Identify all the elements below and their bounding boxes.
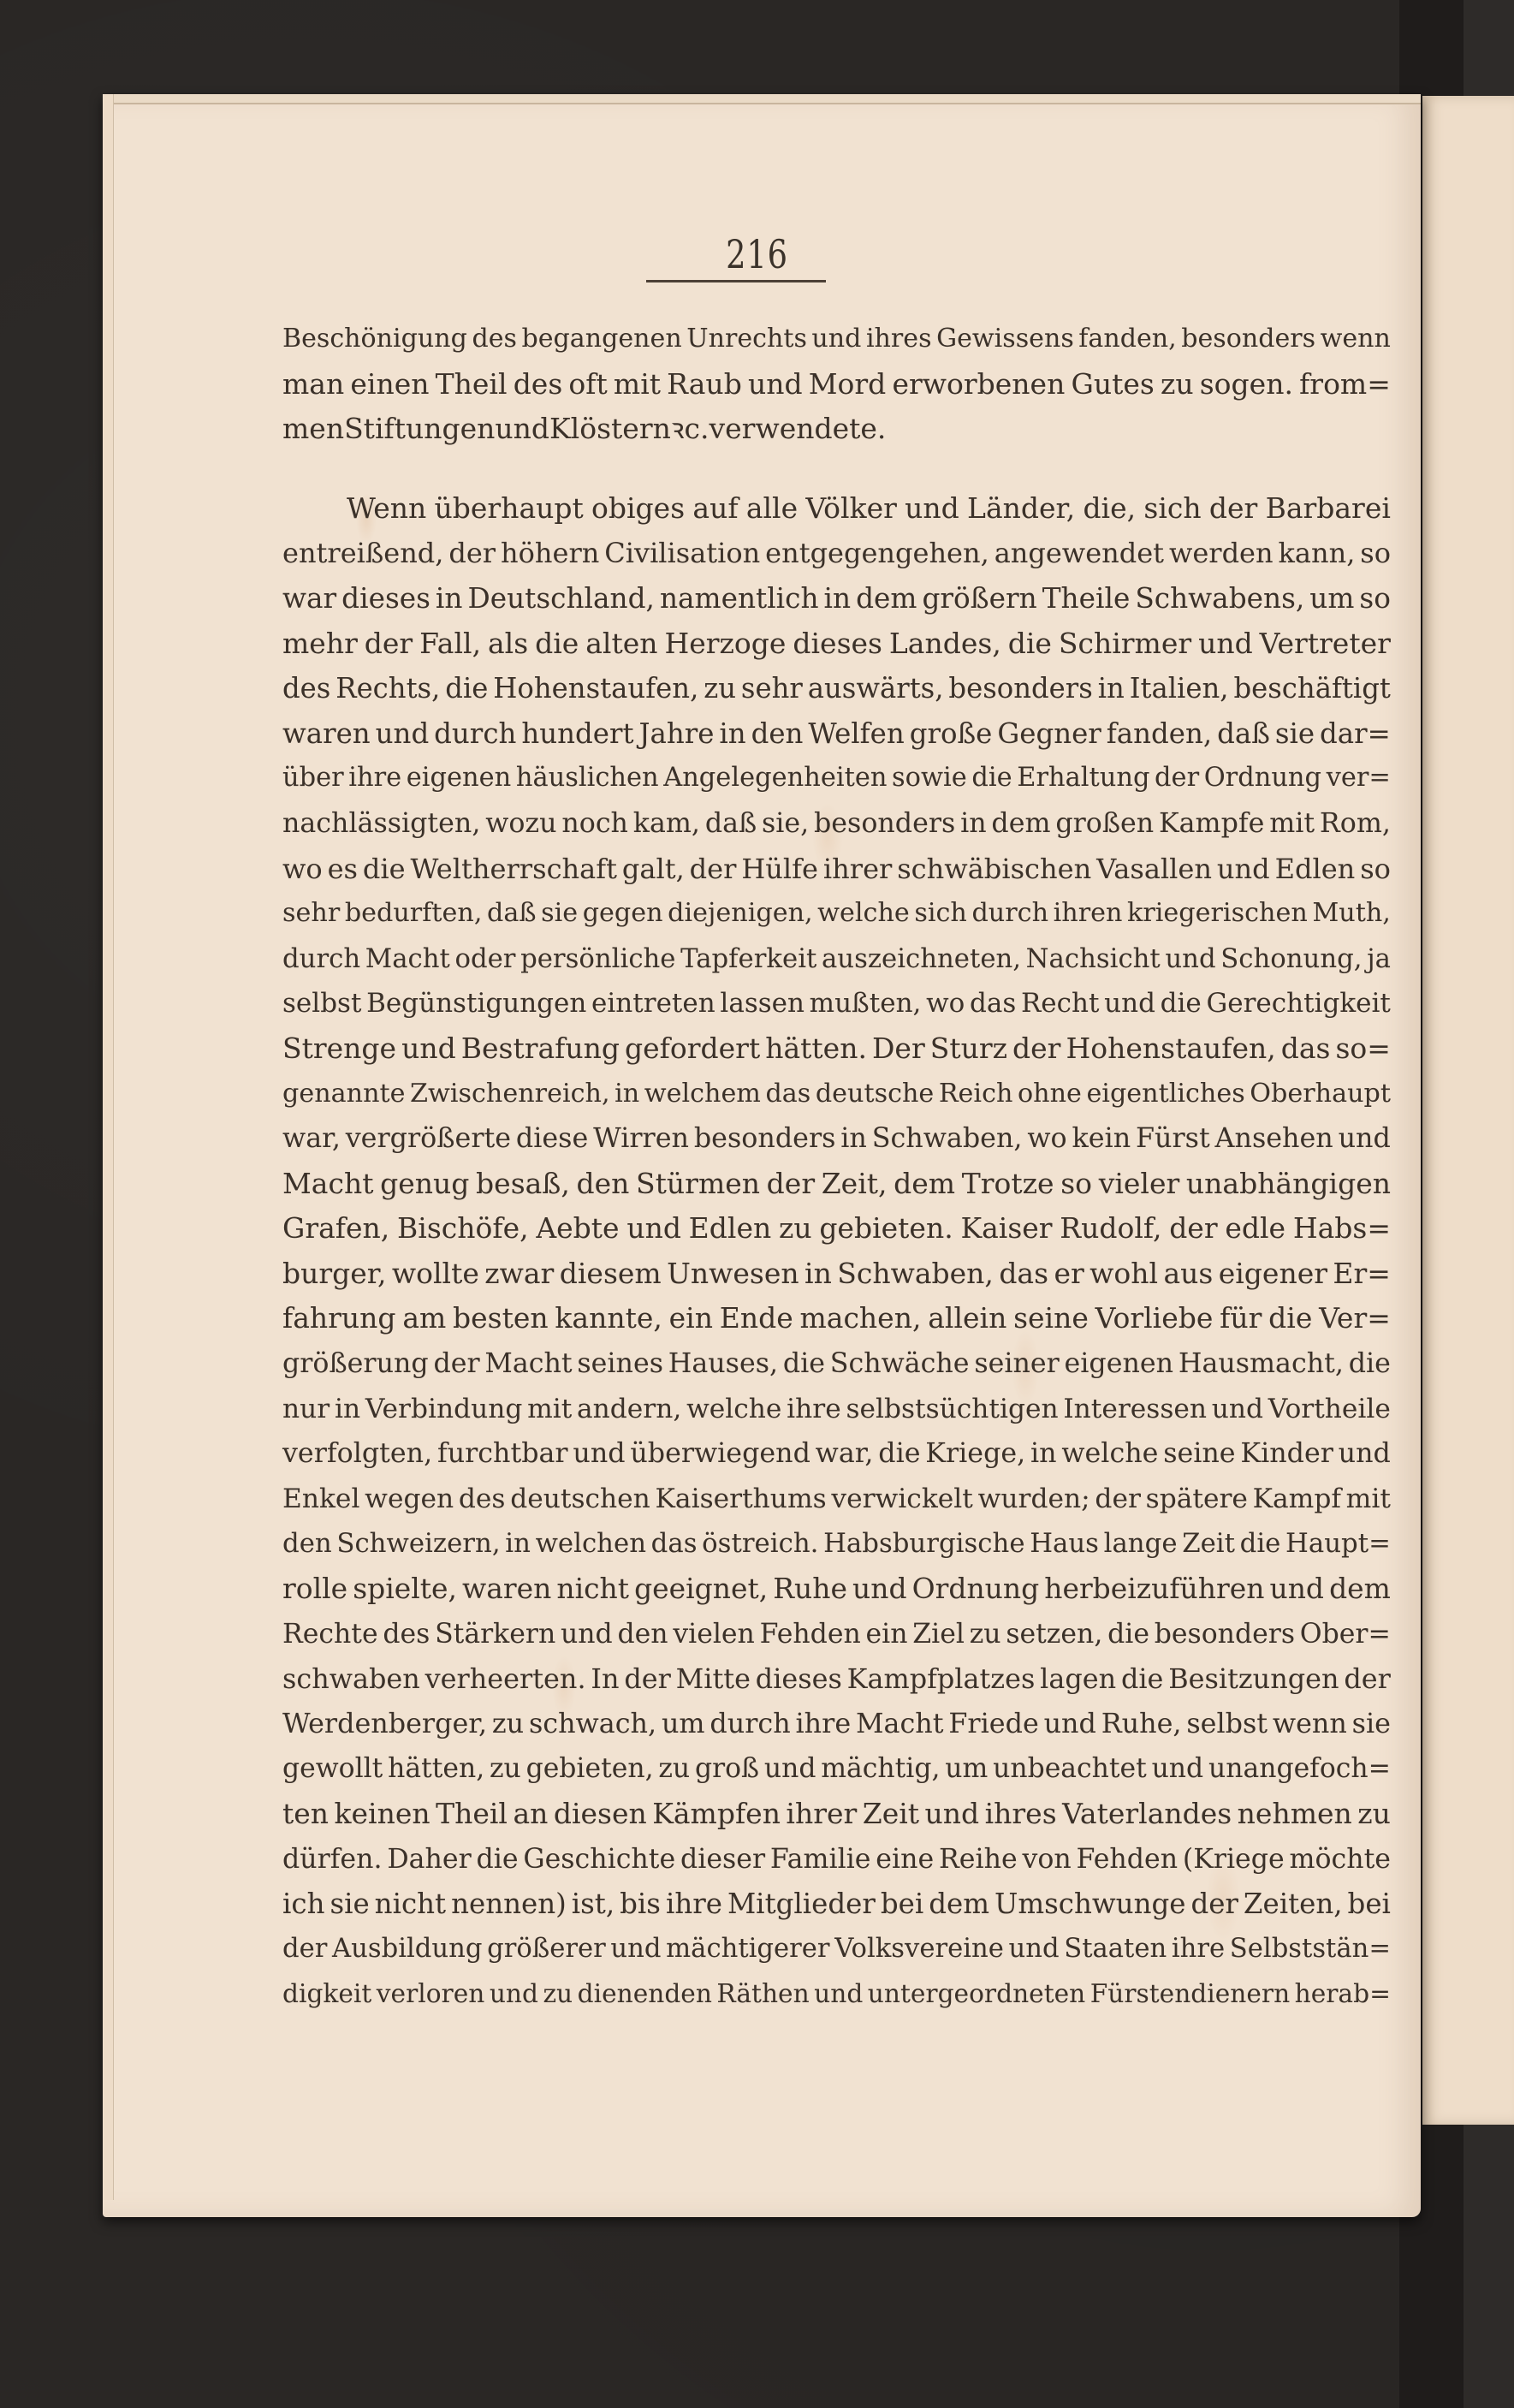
- page-left-edge: [103, 94, 114, 2200]
- word: ja: [1367, 936, 1391, 982]
- text-line: warenunddurchhundertJahreindenWelfengroß…: [282, 711, 1391, 757]
- word: ihre: [787, 1387, 841, 1432]
- word: kam,: [633, 801, 700, 847]
- word: Rom,: [1320, 801, 1391, 847]
- word: selbstsüchtigen: [846, 1387, 1058, 1432]
- word: der: [1190, 1882, 1238, 1927]
- word: ein: [866, 1612, 908, 1657]
- word: Zwischenreich,: [410, 1072, 610, 1117]
- word: begangenen: [521, 317, 681, 362]
- word: durch: [710, 1702, 790, 1747]
- word: auswärts,: [808, 666, 944, 711]
- word: sowie: [892, 756, 967, 801]
- word: die: [1240, 1521, 1281, 1567]
- word: Selbststän=: [1230, 1927, 1391, 1972]
- word: Daher: [387, 1837, 471, 1882]
- word: der: [1209, 486, 1257, 532]
- word: sogen.: [1200, 362, 1293, 407]
- word: kann,: [1279, 531, 1356, 576]
- word: das: [999, 1252, 1048, 1297]
- word: zwar: [484, 1252, 554, 1297]
- word: alten: [585, 621, 657, 667]
- word: untergeordneten: [868, 1971, 1085, 2017]
- word: Gewissens: [936, 317, 1074, 362]
- word: fahrung: [282, 1296, 396, 1341]
- word: Volksvereine: [834, 1927, 1004, 1972]
- word: so=: [1335, 1026, 1390, 1072]
- word: bei: [881, 1882, 923, 1927]
- word: Macht: [484, 1341, 572, 1387]
- word: waren: [282, 711, 371, 757]
- word: diesem: [560, 1252, 662, 1297]
- word: rolle: [282, 1567, 347, 1612]
- word: Interessen: [1063, 1387, 1207, 1432]
- text-line: burger,wolltezwardiesemUnweseninSchwaben…: [282, 1252, 1391, 1297]
- word: und: [1217, 847, 1270, 892]
- text-line: durchMachtoderpersönlicheTapferkeitausze…: [282, 936, 1391, 982]
- word: Ruhe: [773, 1567, 847, 1612]
- word: Schweizern,: [336, 1521, 500, 1567]
- word: beschäftigt: [1233, 666, 1390, 711]
- word: des: [472, 317, 517, 362]
- text-line: RechtedesStärkernunddenvielenFehdeneinZi…: [282, 1612, 1391, 1657]
- word: Zeiten,: [1244, 1882, 1343, 1927]
- word: Haus: [1030, 1521, 1099, 1567]
- word: wollte: [392, 1252, 479, 1297]
- word: dieses: [756, 1656, 842, 1702]
- word: größerung: [282, 1341, 429, 1387]
- word: Wenn: [347, 486, 426, 532]
- word: gebieten.: [819, 1206, 953, 1252]
- word: Angelegenheiten: [663, 756, 887, 801]
- word: hundert: [521, 711, 633, 757]
- word: so: [1360, 847, 1391, 892]
- text-line: fahrungambestenkannte,einEndemachen,alle…: [282, 1296, 1391, 1341]
- text-line: men Stiftungen und Klöstern ꝛc. verwende…: [282, 407, 1391, 452]
- word: welchem: [644, 1072, 761, 1117]
- word: eintreten: [591, 981, 715, 1026]
- word: die: [363, 847, 406, 892]
- word: der: [433, 1341, 479, 1387]
- word: Sturz: [930, 1026, 1007, 1072]
- word: Oberhaupt: [1250, 1072, 1391, 1117]
- word: Hülfe: [741, 847, 818, 892]
- text-line: wardiesesinDeutschland,namentlichindemgr…: [282, 576, 1391, 621]
- word: als: [488, 621, 528, 667]
- word: Enkel: [282, 1477, 359, 1522]
- word: gewollt: [282, 1746, 383, 1792]
- word: Ober=: [1300, 1612, 1391, 1657]
- word: wo: [282, 847, 323, 892]
- word: Vortheile: [1268, 1387, 1391, 1432]
- word: Umschwunge: [994, 1882, 1186, 1927]
- paragraph-1: BeschönigungdesbegangenenUnrechtsundihre…: [282, 317, 1391, 452]
- word: Unrechts: [686, 317, 807, 362]
- word: war: [282, 576, 336, 621]
- word: ihres: [985, 1792, 1057, 1837]
- word: ein: [669, 1296, 713, 1341]
- word: genannte: [282, 1072, 406, 1117]
- word: so: [1360, 531, 1391, 576]
- word: häuslichen: [516, 756, 659, 801]
- word: des: [459, 1477, 506, 1522]
- word: mußten,: [810, 981, 922, 1026]
- word: welche: [817, 891, 910, 936]
- word: und: [561, 1612, 613, 1657]
- word: die: [1008, 621, 1052, 667]
- word: überhaupt: [435, 486, 584, 532]
- word: war,: [282, 1116, 341, 1162]
- word: in: [335, 1387, 360, 1432]
- word: unabhängigen: [1186, 1162, 1391, 1207]
- word: wenn: [1321, 317, 1391, 362]
- word: Schonung,: [1220, 936, 1362, 982]
- word: ist,: [572, 1882, 615, 1927]
- word: furchtbar: [437, 1431, 568, 1477]
- word: und: [1044, 1702, 1096, 1747]
- word: vergrößerte: [346, 1116, 511, 1162]
- word: in: [960, 801, 987, 847]
- word: selbst: [1186, 1702, 1268, 1747]
- word: des: [282, 666, 330, 711]
- word: Ver=: [1319, 1296, 1391, 1341]
- word: Mitte: [676, 1656, 751, 1702]
- word: Stiftungen: [344, 407, 495, 452]
- word: noch: [561, 801, 628, 847]
- word: ihren: [1054, 891, 1123, 936]
- text-line: Machtgenugbesaß,denStürmenderZeit,demTro…: [282, 1162, 1391, 1207]
- word: und: [610, 1927, 661, 1972]
- word: eine: [876, 1837, 934, 1882]
- word: und: [573, 1431, 625, 1477]
- word: und: [401, 1026, 456, 1072]
- word: mit: [1269, 801, 1315, 847]
- text-line: genannteZwischenreich,inwelchemdasdeutsc…: [282, 1072, 1391, 1117]
- word: welche: [686, 1387, 781, 1432]
- word: oder: [454, 936, 515, 982]
- word: gebieten,: [526, 1746, 654, 1792]
- word: er: [1054, 1252, 1084, 1297]
- word: genug: [380, 1162, 469, 1207]
- text-line: StrengeundBestrafunggeforderthätten.DerS…: [282, 1026, 1391, 1072]
- text-line: Werdenberger,zuschwach,umdurchihreMachtF…: [282, 1702, 1391, 1747]
- word: dem: [856, 576, 917, 621]
- word: Schirmer: [1059, 621, 1191, 667]
- word: dieses: [341, 576, 430, 621]
- text-line: rollespielte,warennichtgeeignet,RuheundO…: [282, 1567, 1391, 1612]
- word: deutsche: [816, 1072, 934, 1117]
- word: Grafen,: [282, 1206, 389, 1252]
- word: den: [576, 1162, 629, 1207]
- word: erworbenen: [892, 362, 1065, 407]
- word: lagen: [1040, 1656, 1116, 1702]
- word: so: [1060, 1162, 1092, 1207]
- word: dar=: [1320, 711, 1391, 757]
- word: Fürstendienern: [1090, 1971, 1290, 2017]
- word: war,: [816, 1431, 874, 1477]
- word: in: [840, 1116, 867, 1162]
- word: die: [1349, 1341, 1391, 1387]
- word: gegen: [583, 891, 663, 936]
- word: Familie: [770, 1837, 871, 1882]
- word: und: [814, 1971, 863, 2017]
- word: Macht: [856, 1702, 944, 1747]
- word: galt,: [622, 847, 685, 892]
- word: besten: [453, 1296, 549, 1341]
- word: eigentliches: [1086, 1072, 1244, 1117]
- word: dem: [1329, 1567, 1391, 1612]
- word: Schwaben,: [872, 1116, 1023, 1162]
- word: setzen,: [1006, 1612, 1102, 1657]
- word: fanden,: [1107, 711, 1212, 757]
- text-line: woesdieWeltherrschaftgalt,derHülfeihrers…: [282, 847, 1391, 892]
- body-text: BeschönigungdesbegangenenUnrechtsundihre…: [282, 317, 1391, 2017]
- word: sie,: [762, 801, 809, 847]
- word: Italien,: [1130, 666, 1229, 711]
- word: Landes,: [889, 621, 1001, 667]
- word: men: [282, 407, 344, 452]
- word: Friede: [948, 1702, 1038, 1747]
- word: Recht: [1021, 981, 1100, 1026]
- word: und: [1104, 981, 1155, 1026]
- word: Der: [872, 1026, 925, 1072]
- word: nennen): [451, 1882, 567, 1927]
- word: zu: [492, 1702, 524, 1747]
- text-line: maneinenTheildesoftmitRaubundMorderworbe…: [282, 362, 1391, 407]
- word: herbeizuführen: [1044, 1567, 1264, 1612]
- word: durch: [971, 891, 1048, 936]
- word: und: [1339, 1431, 1391, 1477]
- word: großen: [1055, 801, 1154, 847]
- word: der: [1169, 1206, 1217, 1252]
- word: schwaben: [282, 1656, 420, 1702]
- word: vielen: [673, 1612, 755, 1657]
- word: Länder,: [967, 486, 1075, 532]
- text-line: derAusbildunggrößererundmächtigererVolks…: [282, 1927, 1391, 1972]
- word: wo: [1027, 1116, 1066, 1162]
- word: in: [1098, 666, 1125, 711]
- word: Klöstern: [549, 407, 671, 452]
- word: Kampfe: [1159, 801, 1264, 847]
- word: um: [945, 1746, 988, 1792]
- word: Vorliebe: [1095, 1296, 1214, 1341]
- word: Ordnung: [912, 1567, 1040, 1612]
- word: Schwaben,: [837, 1252, 994, 1297]
- word: ihre: [666, 1882, 722, 1927]
- word: lassen: [720, 981, 804, 1026]
- word: Rechte: [282, 1612, 378, 1657]
- word: möchte: [1290, 1837, 1391, 1882]
- word: seine: [1013, 1296, 1089, 1341]
- word: Verbindung: [365, 1387, 523, 1432]
- word: Mord: [809, 362, 887, 407]
- word: die: [878, 1431, 920, 1477]
- word: werden: [1169, 531, 1274, 576]
- word: der: [282, 1927, 327, 1972]
- word: (Kriege: [1183, 1837, 1285, 1882]
- word: Aebte: [536, 1206, 619, 1252]
- word: allein: [928, 1296, 1006, 1341]
- word: zu: [704, 666, 736, 711]
- word: from=: [1299, 362, 1391, 407]
- word: eigener: [1219, 1252, 1327, 1297]
- word: Ordnung: [1204, 756, 1321, 801]
- word: Schwabens,: [1135, 576, 1304, 621]
- word: das: [1281, 1026, 1331, 1072]
- word: um: [662, 1702, 705, 1747]
- word: die: [783, 1341, 825, 1387]
- word: Barbarei: [1266, 486, 1391, 532]
- word: Begünstigungen: [366, 981, 586, 1026]
- word: alle: [746, 486, 798, 532]
- word: mit: [614, 362, 661, 407]
- word: andern,: [577, 1387, 681, 1432]
- word: digkeit: [282, 1971, 371, 2017]
- word: entreißend,: [282, 531, 443, 576]
- word: seine: [1163, 1431, 1235, 1477]
- word: nehmen: [1238, 1792, 1352, 1837]
- word: ohne: [1018, 1072, 1082, 1117]
- text-line: größerungderMachtseinesHauses,dieSchwäch…: [282, 1341, 1391, 1387]
- word: wegen: [365, 1477, 454, 1522]
- word: der: [767, 1162, 815, 1207]
- word: namentlich: [660, 576, 819, 621]
- word: und: [490, 1971, 538, 2017]
- word: die: [1161, 981, 1202, 1026]
- word: in: [615, 1072, 639, 1117]
- word: zu: [543, 1971, 573, 2017]
- word: sehr: [282, 891, 340, 936]
- word: Wirren: [593, 1116, 689, 1162]
- paragraph-2: WennüberhauptobigesaufalleVölkerundLände…: [282, 486, 1391, 2017]
- word: verfolgten,: [282, 1431, 432, 1477]
- word: die,: [1083, 486, 1136, 532]
- text-line: BeschönigungdesbegangenenUnrechtsundihre…: [282, 317, 1391, 362]
- word: spätere: [1146, 1477, 1248, 1522]
- word: edle: [1225, 1206, 1285, 1252]
- word: dieser: [680, 1837, 765, 1882]
- word: verwendete.: [710, 407, 887, 452]
- word: sich: [1143, 486, 1201, 532]
- word: Raub: [667, 362, 742, 407]
- word: und: [925, 1792, 980, 1837]
- word: wenn: [1273, 1702, 1347, 1747]
- word: in: [824, 576, 852, 621]
- word: Gutes: [1071, 362, 1154, 407]
- word: Hausmacht,: [1179, 1341, 1344, 1387]
- word: durch: [282, 936, 360, 982]
- text-line: Grafen,Bischöfe,AebteundEdlenzugebieten.…: [282, 1206, 1391, 1252]
- word: und: [376, 711, 430, 757]
- text-line: gewollthätten,zugebieten,zugroßundmächti…: [282, 1746, 1391, 1792]
- word: Fehden: [1077, 1837, 1179, 1882]
- text-line: tenkeinenTheilandiesenKämpfenihrerZeitun…: [282, 1792, 1391, 1837]
- word: seiner: [974, 1341, 1059, 1387]
- word: in: [505, 1521, 531, 1567]
- word: die: [1107, 1612, 1149, 1657]
- word: Hohenstaufen,: [493, 666, 698, 711]
- text-line: überihreeigenenhäuslichenAngelegenheiten…: [282, 756, 1391, 801]
- word: Völker: [805, 486, 897, 532]
- word: des: [514, 362, 563, 407]
- word: Welfen: [808, 711, 904, 757]
- word: Strenge: [282, 1026, 396, 1072]
- word: entgegengehen,: [765, 531, 989, 576]
- text-line: sehrbedurften,daßsiegegendiejenigen,welc…: [282, 891, 1391, 936]
- word: besaß,: [476, 1162, 570, 1207]
- word: Reich: [939, 1072, 1013, 1117]
- word: Edlen: [689, 1206, 772, 1252]
- text-line: ichsienichtnennen)ist,bisihreMitgliederb…: [282, 1882, 1391, 1927]
- word: Macht: [282, 1162, 373, 1207]
- word: der: [1012, 1026, 1060, 1072]
- word: Erhaltung: [1017, 756, 1149, 801]
- word: Bestrafung: [461, 1026, 620, 1072]
- word: Kampf: [1253, 1477, 1341, 1522]
- word: besonders: [1155, 1612, 1295, 1657]
- text-line: schwabenverheerten.InderMittediesesKampf…: [282, 1656, 1391, 1702]
- word: kein: [1072, 1116, 1131, 1162]
- text-line: EnkelwegendesdeutschenKaiserthumsverwick…: [282, 1477, 1391, 1522]
- word: mächtigerer: [666, 1927, 829, 1972]
- word: nur: [282, 1387, 330, 1432]
- word: der: [624, 1656, 671, 1702]
- word: wohl: [1089, 1252, 1158, 1297]
- word: geeignet,: [634, 1567, 768, 1612]
- word: dem: [991, 801, 1050, 847]
- word: besonders: [814, 801, 955, 847]
- word: in: [1030, 1431, 1057, 1477]
- word: Mitglieder: [727, 1882, 876, 1927]
- word: hätten,: [388, 1746, 484, 1792]
- word: Habsburgische: [823, 1521, 1024, 1567]
- word: bei: [1348, 1882, 1391, 1927]
- word: die: [445, 666, 488, 711]
- word: die: [1268, 1296, 1312, 1341]
- word: Zeit: [863, 1792, 919, 1837]
- word: daß: [1217, 711, 1270, 757]
- word: Nachsicht: [1026, 936, 1161, 982]
- word: man: [282, 362, 344, 407]
- word: fanden,: [1078, 317, 1176, 362]
- word: dürfen.: [282, 1837, 383, 1882]
- word: Beschönigung: [282, 317, 467, 362]
- word: und: [1212, 1387, 1263, 1432]
- word: Stärkern: [435, 1612, 555, 1657]
- word: Bischöfe,: [397, 1206, 529, 1252]
- word: den: [617, 1612, 668, 1657]
- word: durch: [434, 711, 516, 757]
- page-number: 216: [151, 231, 1363, 277]
- word: in: [804, 1252, 832, 1297]
- word: Kampfplatzes: [847, 1656, 1036, 1702]
- word: diesen: [554, 1792, 647, 1837]
- word: ihre: [348, 756, 401, 801]
- word: und: [495, 407, 549, 452]
- text-line: nurinVerbindungmitandern,welcheihreselbs…: [282, 1387, 1391, 1432]
- word: und: [811, 317, 861, 362]
- word: und: [1165, 936, 1215, 982]
- word: diese: [516, 1116, 588, 1162]
- word: besonders: [948, 666, 1092, 711]
- word: den: [282, 1521, 332, 1567]
- word: waren: [462, 1567, 551, 1612]
- word: größerer: [487, 1927, 606, 1972]
- word: und: [1198, 621, 1253, 667]
- word: den: [751, 711, 804, 757]
- word: ihre: [1172, 1927, 1225, 1972]
- word: daß: [487, 891, 537, 936]
